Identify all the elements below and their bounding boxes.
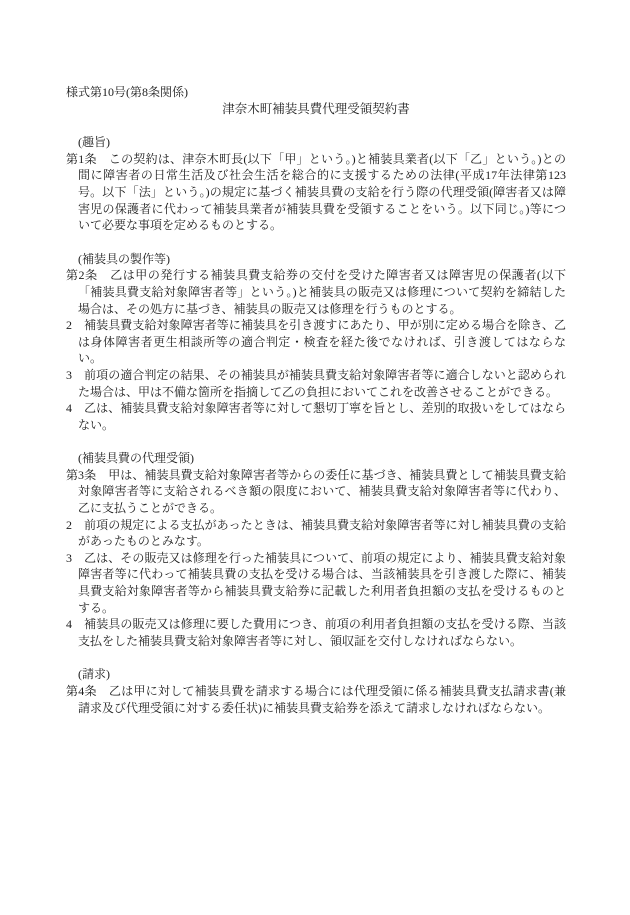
contract-paragraph: 3 前項の適合判定の結果、その補装具が補装具費支給対象障害者等に適合しないと認め… — [66, 367, 566, 400]
contract-section: (補装具費の代理受領)第3条 甲は、補装具費支給対象障害者等からの委任に基づき、… — [66, 450, 566, 649]
section-heading: (請求) — [66, 666, 566, 683]
contract-paragraph: 2 補装具費支給対象障害者等に補装具を引き渡すにあたり、甲が別に定める場合を除き… — [66, 317, 566, 367]
document-body: (趣旨)第1条 この契約は、津奈木町長(以下「甲」という。)と補装具業者(以下「… — [66, 134, 566, 716]
form-number: 様式第10号(第8条関係) — [66, 84, 566, 101]
contract-section: (補装具の製作等)第2条 乙は甲の発行する補装具費支給券の交付を受けた障害者又は… — [66, 251, 566, 434]
section-heading: (補装具費の代理受領) — [66, 450, 566, 467]
section-heading: (趣旨) — [66, 134, 566, 151]
section-heading: (補装具の製作等) — [66, 251, 566, 268]
contract-paragraph: 3 乙は、その販売又は修理を行った補装具について、前項の規定により、補装具費支給… — [66, 550, 566, 616]
document-page: 様式第10号(第8条関係) 津奈木町補装具費代理受領契約書 (趣旨)第1条 この… — [0, 0, 630, 915]
contract-section: (請求)第4条 乙は甲に対して補装具費を請求する場合には代理受領に係る補装具費支… — [66, 666, 566, 716]
contract-section: (趣旨)第1条 この契約は、津奈木町長(以下「甲」という。)と補装具業者(以下「… — [66, 134, 566, 234]
document-title: 津奈木町補装具費代理受領契約書 — [66, 101, 566, 118]
contract-paragraph: 4 補装具の販売又は修理に要した費用につき、前項の利用者負担額の支払を受ける際、… — [66, 616, 566, 649]
contract-paragraph: 第4条 乙は甲に対して補装具費を請求する場合には代理受領に係る補装具費支払請求書… — [66, 683, 566, 716]
contract-paragraph: 第3条 甲は、補装具費支給対象障害者等からの委任に基づき、補装具費として補装具費… — [66, 467, 566, 517]
contract-paragraph: 4 乙は、補装具費支給対象障害者等に対して懇切丁寧を旨とし、差別的取扱いをしては… — [66, 400, 566, 433]
contract-paragraph: 2 前項の規定による支払があったときは、補装具費支給対象障害者等に対し補装具費の… — [66, 517, 566, 550]
contract-paragraph: 第2条 乙は甲の発行する補装具費支給券の交付を受けた障害者又は障害児の保護者(以… — [66, 267, 566, 317]
contract-paragraph: 第1条 この契約は、津奈木町長(以下「甲」という。)と補装具業者(以下「乙」とい… — [66, 151, 566, 234]
